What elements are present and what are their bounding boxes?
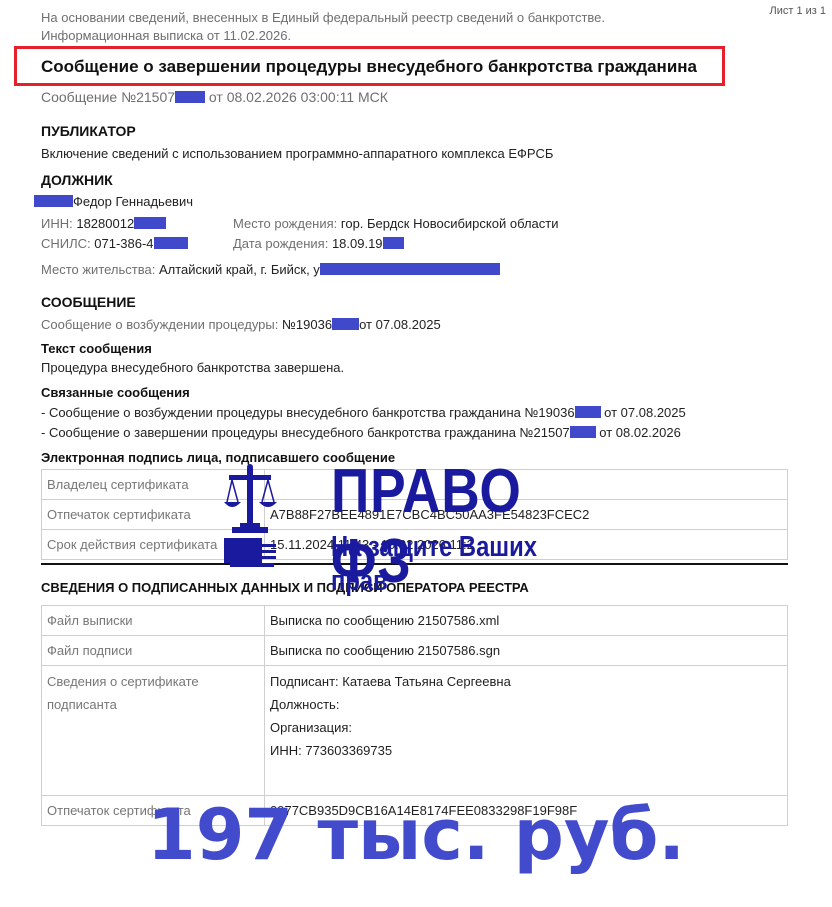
initiation-label: Сообщение о возбуждении процедуры: <box>41 317 282 332</box>
intro-line-1: На основании сведений, внесенных в Едины… <box>41 9 605 27</box>
message-text: Процедура внесудебного банкротства завер… <box>41 360 344 375</box>
message-number-prefix: Сообщение №21507 <box>41 89 175 105</box>
debtor-birthdate: Дата рождения: 18.09.19 <box>233 236 404 251</box>
watermark-logo: ПРАВО ФЗ На защите Ваших прав <box>224 460 644 570</box>
signer-cert-label: Сведения о сертификате подписанта <box>42 666 265 796</box>
redaction-block <box>134 217 166 229</box>
residence-label: Место жительства: <box>41 262 159 277</box>
related-heading: Связанные сообщения <box>41 385 190 400</box>
debtor-name: Федор Геннадьевич <box>34 194 193 209</box>
birthplace-value: гор. Бердск Новосибирской области <box>341 216 559 231</box>
intro-line-2: Информационная выписка от 11.02.2026. <box>41 27 605 45</box>
message-text-heading: Текст сообщения <box>41 341 152 356</box>
redaction-block <box>320 263 500 275</box>
signer-position: Должность: <box>270 693 782 716</box>
redaction-block <box>332 318 359 330</box>
watermark-subtitle: На защите Ваших прав <box>331 530 588 598</box>
redaction-block <box>575 406 601 418</box>
inn-value: 18280012 <box>76 216 134 231</box>
scales-of-justice-icon <box>224 460 334 570</box>
signer-cert-value: Подписант: Катаева Татьяна Сергеевна Дол… <box>265 666 788 796</box>
related-message[interactable]: - Сообщение о завершении процедуры внесу… <box>41 425 681 440</box>
publisher-text: Включение сведений с использованием прог… <box>41 146 553 161</box>
table-row: Сведения о сертификате подписанта Подпис… <box>42 666 788 796</box>
signer-inn: ИНН: 773603369735 <box>270 739 782 762</box>
page-counter: Лист 1 из 1 <box>770 5 827 17</box>
signer-name: Подписант: Катаева Татьяна Сергеевна <box>270 670 782 693</box>
signer-organization: Организация: <box>270 716 782 739</box>
signer-cert-label-line1: Сведения о сертификате <box>47 670 259 693</box>
publisher-heading: ПУБЛИКАТОР <box>41 123 136 139</box>
related-message[interactable]: - Сообщение о возбуждении процедуры внес… <box>41 405 686 420</box>
birthdate-label: Дата рождения: <box>233 236 332 251</box>
signature-file-label: Файл подписи <box>42 636 265 666</box>
debtor-residence: Место жительства: Алтайский край, г. Бий… <box>41 262 500 277</box>
intro-block: На основании сведений, внесенных в Едины… <box>41 9 605 45</box>
snils-label: СНИЛС: <box>41 236 94 251</box>
table-row: Файл подписи Выписка по сообщению 215075… <box>42 636 788 666</box>
extract-file-value[interactable]: Выписка по сообщению 21507586.xml <box>265 606 788 636</box>
redaction-block <box>383 237 404 249</box>
redaction-block <box>154 237 188 249</box>
page-title: Сообщение о завершении процедуры внесуде… <box>41 57 697 77</box>
initiation-number: №19036 <box>282 317 332 332</box>
debtor-birthplace: Место рождения: гор. Бердск Новосибирско… <box>233 216 558 231</box>
birthplace-label: Место рождения: <box>233 216 341 231</box>
snils-value: 071-386-4 <box>94 236 153 251</box>
debtor-heading: ДОЛЖНИК <box>41 172 113 188</box>
related-message-text: - Сообщение о возбуждении процедуры внес… <box>41 405 575 420</box>
redaction-block <box>175 91 205 103</box>
signature-file-value[interactable]: Выписка по сообщению 21507586.sgn <box>265 636 788 666</box>
related-message-text: - Сообщение о завершении процедуры внесу… <box>41 425 570 440</box>
debtor-inn: ИНН: 18280012 <box>41 216 166 231</box>
signer-cert-label-line2: подписанта <box>47 693 259 716</box>
extract-file-label: Файл выписки <box>42 606 265 636</box>
initiation-line: Сообщение о возбуждении процедуры: №1903… <box>41 317 441 332</box>
message-heading: СООБЩЕНИЕ <box>41 294 136 310</box>
table-row: Файл выписки Выписка по сообщению 215075… <box>42 606 788 636</box>
birthdate-value: 18.09.19 <box>332 236 383 251</box>
debtor-snils: СНИЛС: 071-386-4 <box>41 236 188 251</box>
related-message-date: от 07.08.2025 <box>601 405 686 420</box>
related-message-date: от 08.02.2026 <box>596 425 681 440</box>
inn-label: ИНН: <box>41 216 76 231</box>
debtor-name-visible: Федор Геннадьевич <box>73 194 193 209</box>
residence-value: Алтайский край, г. Бийск, у <box>159 262 320 277</box>
overlay-amount: 197 тыс. руб. <box>0 790 832 880</box>
redaction-block <box>570 426 596 438</box>
message-number-line: Сообщение №21507 от 08.02.2026 03:00:11 … <box>41 89 388 105</box>
initiation-date: от 07.08.2025 <box>359 317 441 332</box>
redaction-block <box>34 195 73 207</box>
message-number-suffix: от 08.02.2026 03:00:11 МСК <box>205 89 388 105</box>
